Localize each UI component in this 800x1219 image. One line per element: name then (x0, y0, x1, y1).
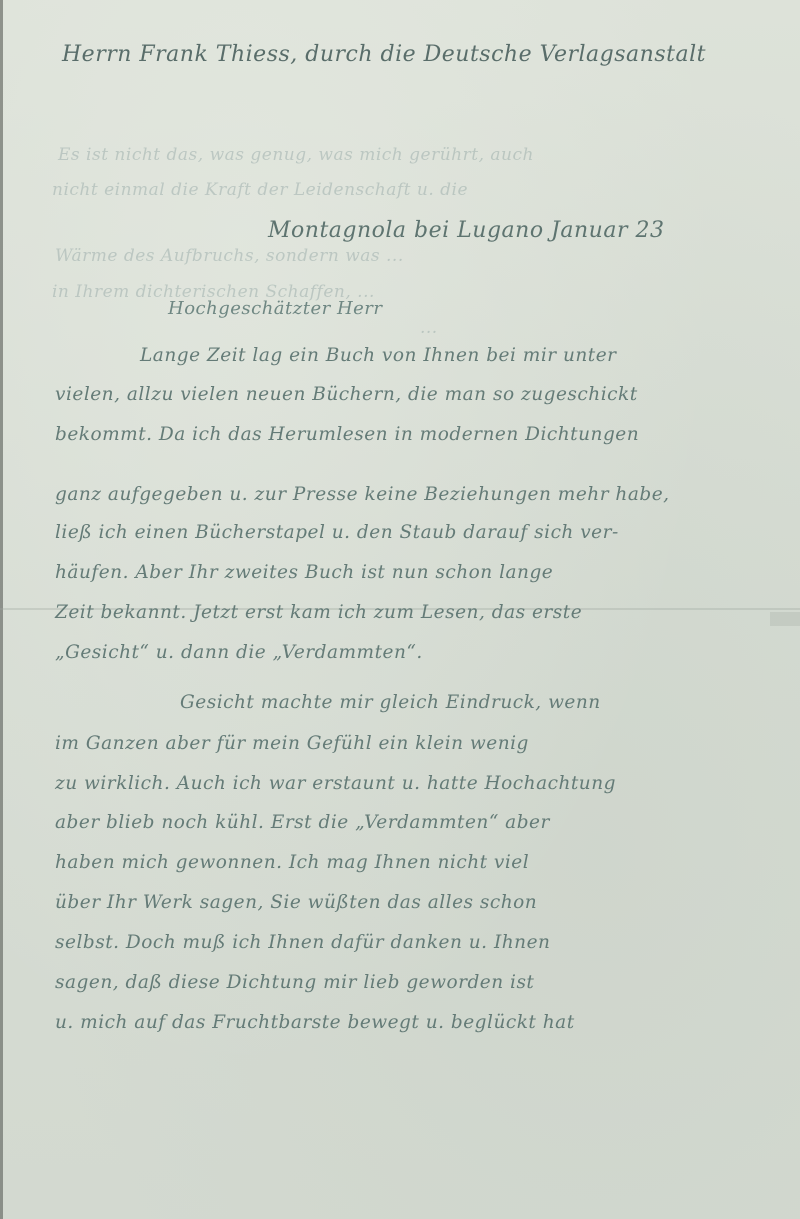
body-line: „Gesicht“ u. dann die „Verdammten“. (55, 642, 423, 663)
bleed-through-line: Es ist nicht das, was genug, was mich ge… (58, 145, 534, 165)
body-line: selbst. Doch muß ich Ihnen dafür danken … (55, 932, 550, 953)
body-line: Gesicht machte mir gleich Eindruck, wenn (180, 692, 601, 713)
body-line: u. mich auf das Fruchtbarste bewegt u. b… (55, 1012, 575, 1033)
body-line: sagen, daß diese Dichtung mir lieb gewor… (55, 972, 534, 993)
body-line: ganz aufgegeben u. zur Presse keine Bezi… (55, 484, 670, 505)
body-line: vielen, allzu vielen neuen Büchern, die … (55, 384, 638, 405)
salutation: Hochgeschätzter Herr (168, 298, 383, 319)
body-line: Zeit bekannt. Jetzt erst kam ich zum Les… (55, 602, 582, 623)
body-line: haben mich gewonnen. Ich mag Ihnen nicht… (55, 852, 529, 873)
paper-mark (770, 612, 800, 626)
bleed-through-line: nicht einmal die Kraft der Leidenschaft … (52, 180, 468, 200)
bleed-through-line: ... (420, 318, 438, 338)
address-line: Herrn Frank Thiess, durch die Deutsche V… (62, 42, 706, 67)
body-line: zu wirklich. Auch ich war erstaunt u. ha… (55, 773, 616, 794)
body-line: im Ganzen aber für mein Gefühl ein klein… (55, 733, 529, 754)
body-line: aber blieb noch kühl. Erst die „Verdammt… (55, 812, 550, 833)
body-line: Lange Zeit lag ein Buch von Ihnen bei mi… (140, 345, 617, 366)
place-date: Montagnola bei Lugano Januar 23 (268, 218, 664, 243)
body-line: häufen. Aber Ihr zweites Buch ist nun sc… (55, 562, 553, 583)
body-line: ließ ich einen Bücherstapel u. den Staub… (55, 522, 619, 543)
bleed-through-line: Wärme des Aufbruchs, sondern was ... (55, 246, 404, 266)
letter-page: Herrn Frank Thiess, durch die Deutsche V… (0, 0, 800, 1219)
body-line: bekommt. Da ich das Herumlesen in modern… (55, 424, 639, 445)
body-line: über Ihr Werk sagen, Sie wüßten das alle… (55, 892, 537, 913)
